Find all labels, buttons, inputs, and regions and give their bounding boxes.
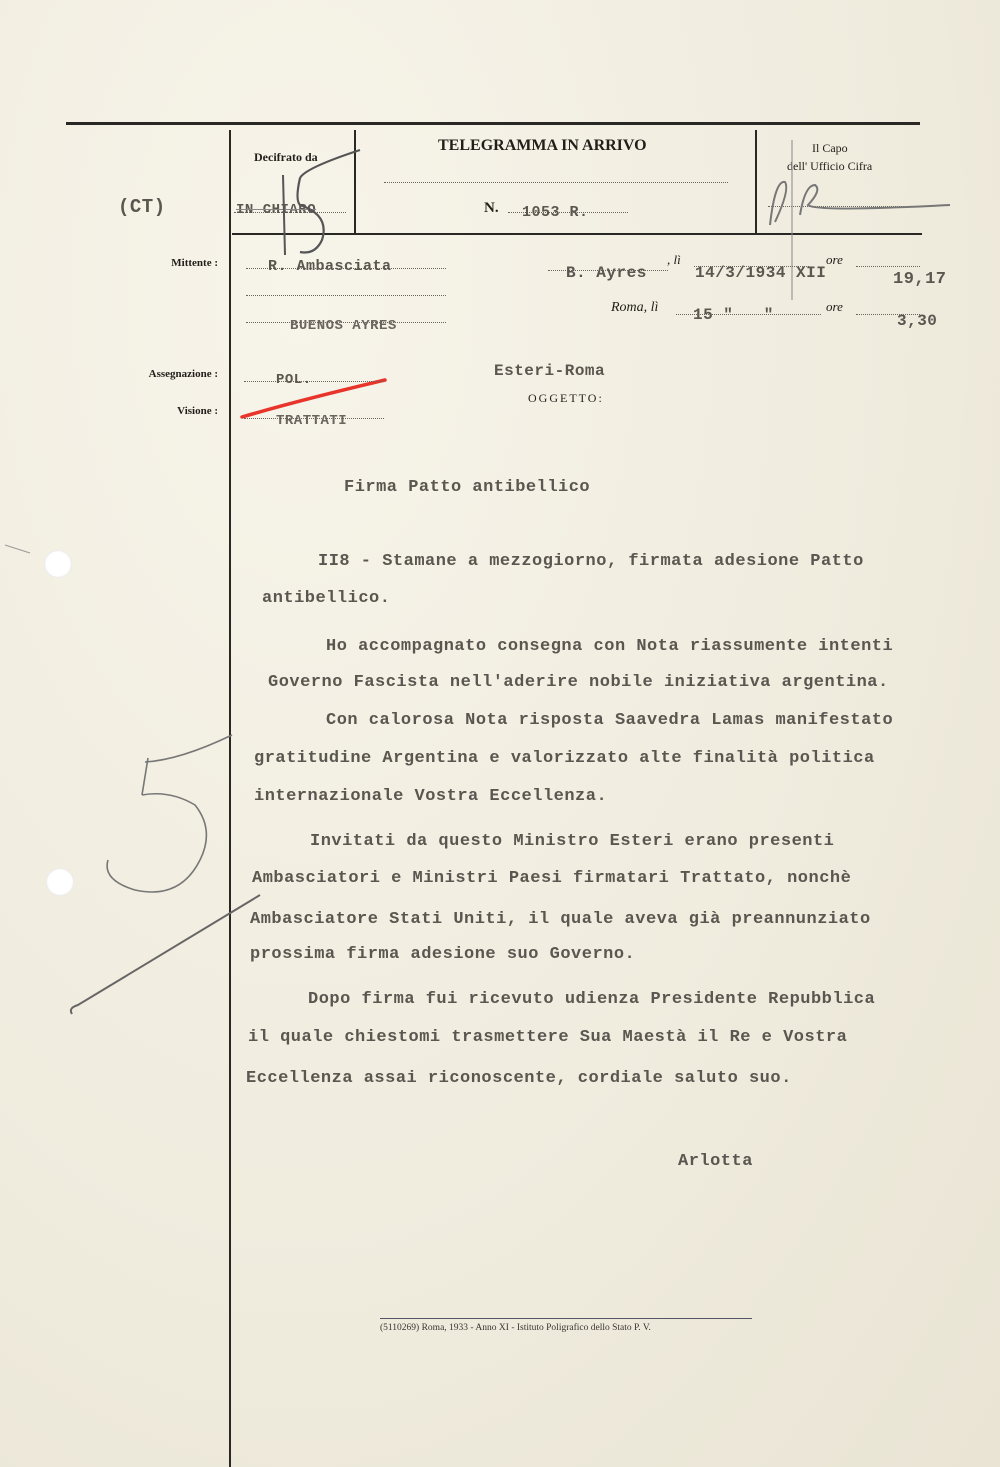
mittente-line-2: BUENOS AYRES bbox=[290, 318, 397, 334]
body-line: Eccellenza assai riconoscente, cordiale … bbox=[246, 1069, 792, 1088]
visione-value: TRATTATI bbox=[276, 413, 347, 429]
assegnazione-dotline bbox=[244, 381, 384, 382]
punch-hole-bottom bbox=[46, 868, 74, 896]
recv-date: 15 " " bbox=[693, 306, 774, 324]
assegnazione-label: Assegnazione : bbox=[100, 368, 218, 380]
body-line: Ambasciatori e Ministri Paesi firmatari … bbox=[252, 869, 851, 888]
body-line: Ho accompagnato consegna con Nota riassu… bbox=[326, 637, 893, 656]
li-label: , lì bbox=[667, 252, 681, 268]
recv-ore-label: ore bbox=[826, 299, 843, 315]
subject-line: Firma Patto antibellico bbox=[344, 478, 590, 497]
sent-date: 14/3/1934 XII bbox=[695, 264, 826, 282]
body-line: internazionale Vostra Eccellenza. bbox=[254, 787, 607, 806]
mittente-line-1: R. Ambasciata bbox=[268, 258, 392, 275]
mittente-dotline-2 bbox=[246, 295, 446, 296]
body-line: Con calorosa Nota risposta Saavedra Lama… bbox=[326, 711, 893, 730]
recv-time: 3,30 bbox=[897, 312, 937, 330]
ore-dotline bbox=[856, 266, 920, 267]
pencil-annotations-icon bbox=[0, 0, 1000, 1467]
roma-label: Roma, lì bbox=[611, 300, 658, 316]
punch-hole-top bbox=[44, 550, 72, 578]
destinatario: Esteri-Roma bbox=[494, 362, 605, 380]
body-line: antibellico. bbox=[262, 589, 390, 608]
footer-rule bbox=[380, 1318, 752, 1319]
signature: Arlotta bbox=[678, 1152, 753, 1171]
ore-label: ore bbox=[826, 252, 843, 268]
oggetto-label: OGGETTO: bbox=[528, 391, 604, 406]
printer-imprint: (5110269) Roma, 1933 - Anno XI - Istitut… bbox=[380, 1323, 651, 1333]
sent-time: 19,17 bbox=[893, 270, 947, 289]
mittente-label: Mittente : bbox=[120, 257, 218, 269]
body-line: II8 - Stamane a mezzogiorno, firmata ade… bbox=[318, 552, 864, 571]
body-line: Governo Fascista nell'aderire nobile ini… bbox=[268, 673, 889, 692]
body-line: Dopo firma fui ricevuto udienza Presiden… bbox=[308, 990, 875, 1009]
body-line: Ambasciatore Stati Uniti, il quale aveva… bbox=[250, 910, 871, 929]
body-line: prossima firma adesione suo Governo. bbox=[250, 945, 635, 964]
body-line: gratitudine Argentina e valorizzato alte… bbox=[254, 749, 875, 768]
body-line: il quale chiestomi trasmettere Sua Maest… bbox=[248, 1028, 847, 1047]
body-line: Invitati da questo Ministro Esteri erano… bbox=[310, 832, 834, 851]
assegnazione-value: POL. bbox=[276, 372, 312, 388]
sent-place: B. Ayres bbox=[566, 264, 647, 282]
visione-label: Visione : bbox=[120, 405, 218, 417]
